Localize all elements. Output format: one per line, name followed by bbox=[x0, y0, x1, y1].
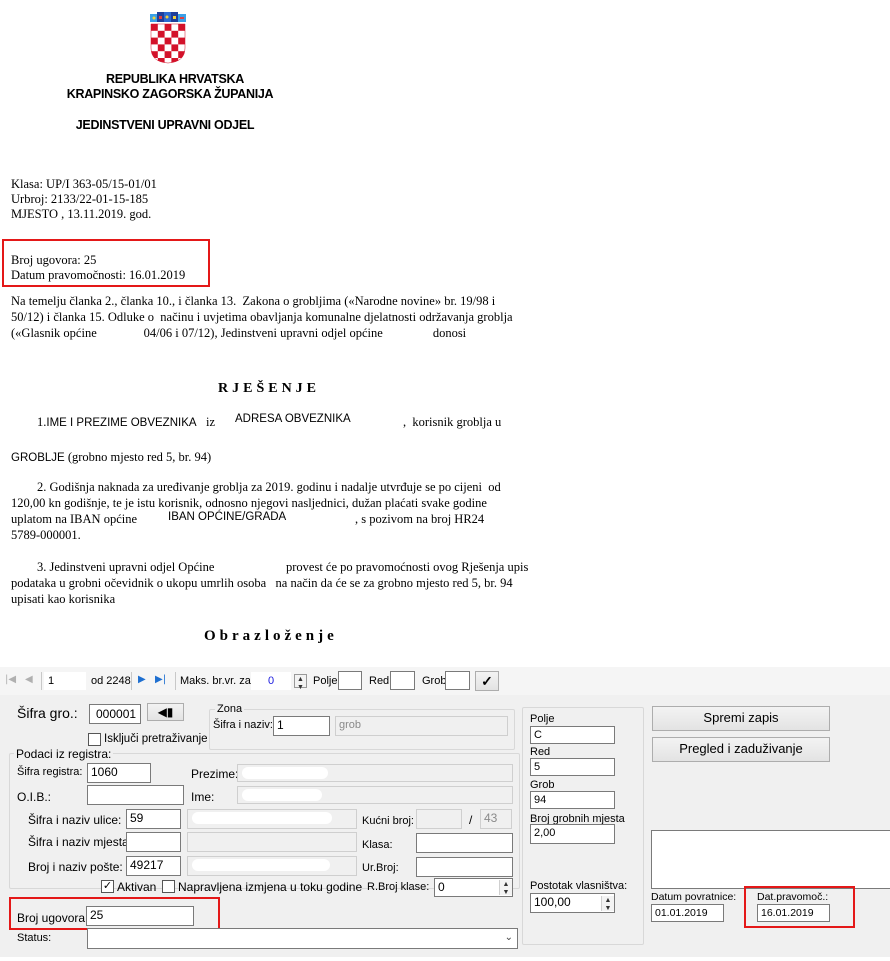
doc-intro-line-2: 50/12) i članka 15. Odluke o načinu i uv… bbox=[11, 310, 513, 325]
polje-label: Polje bbox=[530, 713, 554, 725]
toolbar-separator bbox=[131, 672, 132, 690]
item1-iz: iz bbox=[206, 415, 215, 430]
polje-filter-input[interactable] bbox=[338, 671, 362, 690]
doc-item-2-line-1: 2. Godišnja naknada za uređivanje groblj… bbox=[37, 480, 501, 495]
mjesto-label: Šifra i naziv mjesta: bbox=[28, 835, 132, 849]
kucni-broj-separator: / bbox=[469, 813, 472, 827]
groblje-name: GROBLJE bbox=[11, 452, 65, 464]
aktivan-label: Aktivan bbox=[117, 880, 156, 894]
status-select[interactable]: ⌄ bbox=[87, 928, 518, 949]
header-odjel: JEDINSTVENI UPRAVNI ODJEL bbox=[40, 118, 290, 132]
iban-placeholder: IBAN OPĆINE/GRADA bbox=[168, 511, 286, 523]
red-filter-label: Red: bbox=[369, 675, 392, 687]
grave-record-form: |◀ ◀ 1 od 2248 ▶ ▶| Maks. br.vr. zap 0 ▲… bbox=[0, 667, 890, 961]
doc-klasa: Klasa: UP/I 363-05/15-01/01 bbox=[11, 177, 157, 192]
prev-record-icon[interactable]: ◀ bbox=[25, 674, 33, 685]
highlight-box-dat-pravomoc bbox=[744, 886, 855, 928]
toolbar-separator bbox=[41, 672, 42, 690]
iskljuci-checkbox[interactable] bbox=[88, 733, 101, 746]
sifra-registra-label: Šifra registra: bbox=[17, 766, 82, 778]
maks-value-input[interactable]: 0 bbox=[251, 672, 291, 690]
first-record-icon[interactable]: |◀ bbox=[5, 674, 16, 685]
doc-mjesto-datum: MJESTO , 13.11.2019. god. bbox=[11, 207, 151, 222]
broj-mjesta-input[interactable]: 2,00 bbox=[530, 824, 615, 844]
iskljuci-label: Isključi pretraživanje bbox=[104, 733, 208, 745]
kucni-broj-input bbox=[416, 809, 462, 829]
red-filter-input[interactable] bbox=[390, 671, 415, 690]
rjesenje-title: RJEŠENJE bbox=[218, 381, 320, 397]
redacted-value bbox=[242, 767, 328, 779]
pregled-zaduzivanje-button[interactable]: Pregled i zaduživanje bbox=[652, 737, 830, 762]
record-count-label: od 2248 bbox=[91, 675, 131, 687]
posta-label: Broj i naziv pošte: bbox=[28, 860, 123, 874]
doc-item-1-groblje: GROBLJE (grobno mjesto red 5, br. 94) bbox=[11, 448, 211, 466]
ulica-label: Šifra i naziv ulice: bbox=[28, 813, 121, 827]
pointer-hand-icon: ◀▮ bbox=[158, 705, 174, 719]
notes-textarea[interactable] bbox=[651, 830, 890, 889]
postotak-spinner[interactable]: ▲▼ bbox=[601, 896, 614, 911]
redacted-value bbox=[192, 859, 330, 871]
doc-item-1: 1.IME I PREZIME OBVEZNIKA bbox=[37, 413, 197, 431]
record-navigator-toolbar: |◀ ◀ 1 od 2248 ▶ ▶| Maks. br.vr. zap 0 ▲… bbox=[0, 667, 890, 695]
doc-item-2-line-2: 120,00 kn godišnje, te je istu korisnik,… bbox=[11, 496, 487, 511]
status-label: Status: bbox=[17, 932, 51, 944]
checkmark-icon: ✓ bbox=[481, 673, 493, 689]
registar-group-label: Podaci iz registra: bbox=[14, 747, 113, 761]
mjesto-sifra-input[interactable] bbox=[126, 832, 181, 852]
doc-intro-line-1: Na temelju članka 2., članka 10., i član… bbox=[11, 294, 495, 309]
klasa-label: Klasa: bbox=[362, 839, 393, 851]
record-position-input[interactable]: 1 bbox=[44, 672, 86, 690]
chevron-down-icon: ⌄ bbox=[505, 931, 513, 945]
prezime-input bbox=[237, 764, 513, 782]
sifra-gro-input[interactable]: 000001 bbox=[89, 704, 141, 724]
red-input[interactable]: 5 bbox=[530, 758, 615, 776]
header-zupanija: KRAPINSKO ZAGORSKA ŽUPANIJA bbox=[40, 87, 300, 101]
highlight-box-broj-ugovora bbox=[9, 897, 220, 930]
zona-sifra-input[interactable]: 1 bbox=[273, 716, 330, 736]
form-bottom-edge bbox=[0, 957, 890, 961]
izmjena-label: Napravljena izmjena u toku godine bbox=[178, 880, 362, 894]
postotak-label: Postotak vlasništva: bbox=[530, 880, 627, 892]
sifra-gro-label: Šifra gro.: bbox=[17, 705, 78, 721]
grob-label: Grob bbox=[530, 779, 554, 791]
obveznik-name: IME I PREZIME OBVEZNIKA bbox=[46, 417, 196, 429]
datum-povratnice-label: Datum povratnice: bbox=[651, 891, 736, 903]
spremi-zapis-button[interactable]: Spremi zapis bbox=[652, 706, 830, 731]
doc-urbroj: Urbroj: 2133/22-01-15-185 bbox=[11, 192, 148, 207]
item1-prefix: 1. bbox=[37, 415, 46, 429]
doc-intro-line-3: («Glasnik općine 04/06 i 07/12), Jedinst… bbox=[11, 326, 466, 341]
doc-item-3-line-1a: 3. Jedinstveni upravni odjel Općine bbox=[37, 560, 214, 575]
rbroj-klase-spinner[interactable]: ▲▼ bbox=[499, 880, 512, 895]
mjesto-naziv-input bbox=[187, 832, 357, 852]
izmjena-checkbox[interactable] bbox=[162, 880, 175, 893]
datum-povratnice-input[interactable]: 01.01.2019 bbox=[651, 904, 724, 922]
grob-filter-input[interactable] bbox=[445, 671, 470, 690]
prezime-label: Prezime: bbox=[191, 767, 238, 781]
doc-item-2-line-4: 5789-000001. bbox=[11, 528, 81, 543]
maks-label: Maks. br.vr. zap bbox=[180, 675, 257, 687]
redacted-value bbox=[192, 812, 332, 824]
search-grave-button[interactable]: ◀▮ bbox=[147, 703, 184, 721]
urbroj-label: Ur.Broj: bbox=[362, 862, 399, 874]
sifra-registra-input[interactable]: 1060 bbox=[87, 763, 151, 783]
ime-input bbox=[237, 786, 513, 804]
polje-filter-label: Polje: bbox=[313, 675, 341, 687]
posta-naziv-input bbox=[187, 856, 357, 876]
groblje-rest: (grobno mjesto red 5, br. 94) bbox=[65, 450, 212, 464]
toolbar-separator bbox=[175, 672, 176, 690]
urbroj-input[interactable] bbox=[416, 857, 513, 877]
kucni-broj-dodatak-input: 43 bbox=[480, 809, 512, 829]
rbroj-klase-label: R.Broj klase: bbox=[367, 881, 429, 893]
doc-item-3-line-3: upisati kao korisnika bbox=[11, 592, 115, 607]
zona-group-label: Zona bbox=[215, 703, 244, 715]
kucni-broj-label: Kućni broj: bbox=[362, 815, 414, 827]
doc-item-3-line-2: podataka u grobni očevidnik o ukopu umrl… bbox=[11, 576, 513, 591]
last-record-icon[interactable]: ▶| bbox=[155, 674, 166, 685]
ime-label: Ime: bbox=[191, 790, 214, 804]
obrazlozenje-title: Obrazloženje bbox=[204, 628, 338, 645]
ulica-sifra-input[interactable]: 59 bbox=[126, 809, 181, 829]
doc-datum-pravomocnosti: Datum pravomočnosti: 16.01.2019 bbox=[11, 268, 185, 283]
posta-broj-input[interactable]: 49217 bbox=[126, 856, 181, 876]
aktivan-checkbox[interactable]: ✓ bbox=[101, 880, 114, 893]
apply-filter-button[interactable]: ✓ bbox=[475, 671, 499, 691]
doc-item-3-line-1b: provest će po pravomoćnosti ovog Rješenj… bbox=[286, 560, 528, 575]
obveznik-address: ADRESA OBVEZNIKA bbox=[235, 413, 351, 425]
polje-input[interactable]: C bbox=[530, 726, 615, 744]
zona-sifra-label: Šifra i naziv: bbox=[213, 719, 273, 731]
ulica-naziv-input bbox=[187, 809, 357, 829]
oib-label: O.I.B.: bbox=[17, 790, 51, 804]
next-record-icon[interactable]: ▶ bbox=[138, 674, 146, 685]
oib-input[interactable] bbox=[87, 785, 184, 805]
header-republika: REPUBLIKA HRVATSKA bbox=[60, 72, 290, 86]
klasa-input[interactable] bbox=[416, 833, 513, 853]
doc-broj-ugovora: Broj ugovora: 25 bbox=[11, 253, 96, 268]
red-label: Red bbox=[530, 746, 550, 758]
maks-spinner[interactable]: ▲▼ bbox=[294, 674, 307, 688]
item1-suffix: , korisnik groblja u bbox=[403, 415, 501, 430]
doc-item-2-line-3b: , s pozivom na broj HR24 bbox=[355, 512, 484, 527]
redacted-value bbox=[242, 789, 322, 801]
doc-item-2-line-3a: uplatom na IBAN općine bbox=[11, 512, 137, 527]
croatian-coat-of-arms-icon bbox=[146, 12, 190, 64]
grob-input[interactable]: 94 bbox=[530, 791, 615, 809]
zona-naziv-input: grob bbox=[335, 716, 508, 736]
checkmark-icon: ✓ bbox=[103, 880, 112, 892]
